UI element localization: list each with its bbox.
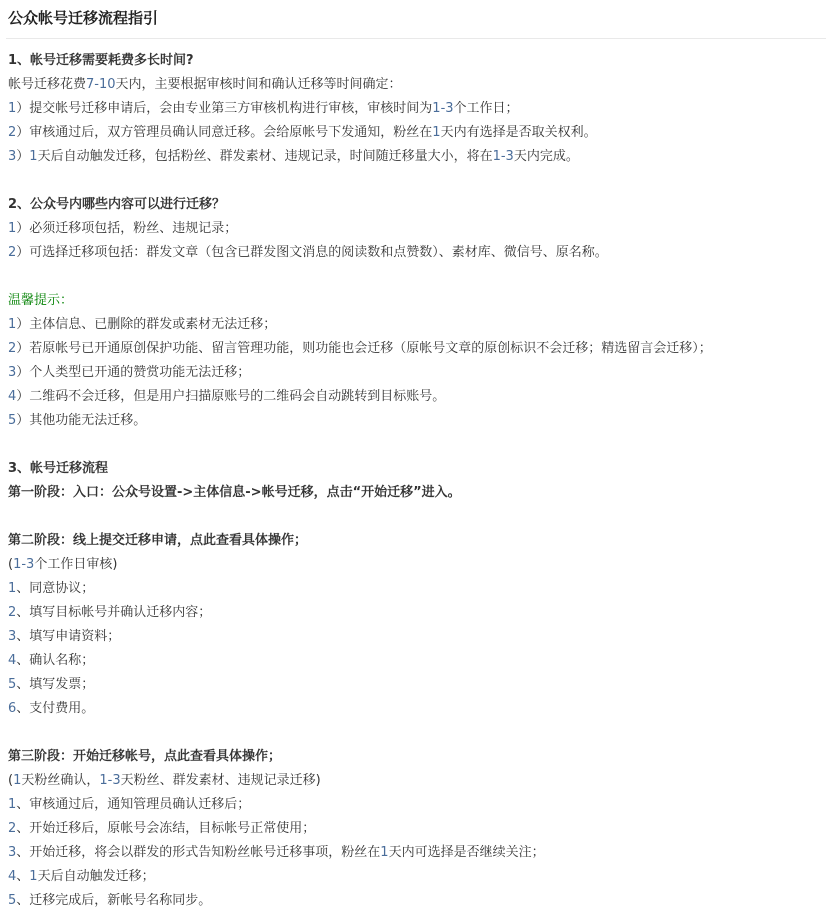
spacer [8, 265, 826, 289]
stage-3-step: 1、审核通过后，通知管理员确认迁移后； [8, 793, 826, 817]
numeral: 1-3 [493, 149, 514, 164]
spacer [8, 505, 826, 529]
numeral: 1-3 [13, 557, 34, 572]
stage-3-step: 5、迁移完成后，新帐号名称同步。 [8, 889, 826, 913]
numeral: 2 [8, 341, 16, 356]
numeral: 4 [8, 389, 16, 404]
stage-3-heading-link[interactable]: 第三阶段：开始迁移帐号，点此查看具体操作； [8, 745, 826, 769]
numeral: 5 [8, 413, 16, 428]
numeral: 1 [8, 317, 16, 332]
stage-2-note: (1-3个工作日审核) [8, 553, 826, 577]
numeral: 5 [8, 677, 16, 692]
numeral: 4 [8, 869, 16, 884]
stage-2-step: 2、填写目标帐号并确认迁移内容； [8, 601, 826, 625]
numeral: 1 [8, 797, 16, 812]
numeral: 6 [8, 701, 16, 716]
stage-3-step: 3、开始迁移，将会以群发的形式告知粉丝帐号迁移事项，粉丝在1天内可选择是否继续关… [8, 841, 826, 865]
tip-line: 3）个人类型已开通的赞赏功能无法迁移； [8, 361, 826, 385]
numeral: 3 [8, 845, 16, 860]
numeral: 1 [29, 149, 37, 164]
stage-2-step: 5、填写发票； [8, 673, 826, 697]
numeral: 2 [8, 821, 16, 836]
section-heading-duration: 1、帐号迁移需要耗费多长时间? [8, 49, 826, 73]
stage-2-step: 4、确认名称； [8, 649, 826, 673]
numeral: 1 [13, 773, 21, 788]
stage-2-heading-link[interactable]: 第二阶段：线上提交迁移申请，点此查看具体操作； [8, 529, 826, 553]
numeral: 1 [8, 221, 16, 236]
paragraph-line: 2）审核通过后，双方管理员确认同意迁移。会给原帐号下发通知，粉丝在1天内有选择是… [8, 121, 826, 145]
numeral: 3 [8, 629, 16, 644]
spacer [8, 169, 826, 193]
numeral: 1 [380, 845, 388, 860]
numeral: 1 [29, 869, 37, 884]
numeral: 2 [8, 605, 16, 620]
page-title: 公众帐号迁移流程指引 [8, 0, 826, 38]
tip-label: 温馨提示： [8, 289, 826, 313]
stage-3-note: (1天粉丝确认，1-3天粉丝、群发素材、违规记录迁移) [8, 769, 826, 793]
section-heading-content: 2、公众号内哪些内容可以进行迁移？ [8, 193, 826, 217]
paragraph-line: 3）1天后自动触发迁移，包括粉丝、群发素材、违规记录，时间随迁移量大小，将在1-… [8, 145, 826, 169]
paragraph-line: 帐号迁移花费7-10天内，主要根据审核时间和确认迁移等时间确定： [8, 73, 826, 97]
paragraph-line: 1）必须迁移项包括，粉丝、违规记录； [8, 217, 826, 241]
section-heading-process: 3、帐号迁移流程 [8, 457, 826, 481]
numeral: 1-3 [432, 101, 453, 116]
numeral: 5 [8, 893, 16, 908]
paragraph-line: 2）可选择迁移项包括：群发文章（包含已群发图文消息的阅读数和点赞数）、素材库、微… [8, 241, 826, 265]
tip-line: 1）主体信息、已删除的群发或素材无法迁移； [8, 313, 826, 337]
stage-2-step: 6、支付费用。 [8, 697, 826, 721]
numeral: 4 [8, 653, 16, 668]
numeral: 1 [8, 101, 16, 116]
numeral: 7-10 [86, 77, 116, 92]
article: 公众帐号迁移流程指引 1、帐号迁移需要耗费多长时间? 帐号迁移花费7-10天内，… [0, 0, 826, 913]
spacer [8, 721, 826, 745]
numeral: 2 [8, 245, 16, 260]
stage-1-text: 第一阶段：入口：公众号设置->主体信息->帐号迁移，点击“开始迁移”进入。 [8, 481, 826, 505]
numeral: 1 [8, 581, 16, 596]
tip-line: 4）二维码不会迁移，但是用户扫描原账号的二维码会自动跳转到目标账号。 [8, 385, 826, 409]
stage-3-step: 2、开始迁移后，原帐号会冻结，目标帐号正常使用； [8, 817, 826, 841]
tip-line: 5）其他功能无法迁移。 [8, 409, 826, 433]
paragraph-line: 1）提交帐号迁移申请后，会由专业第三方审核机构进行审核，审核时间为1-3个工作日… [8, 97, 826, 121]
stage-2-step: 1、同意协议； [8, 577, 826, 601]
numeral: 1-3 [99, 773, 120, 788]
numeral: 1 [432, 125, 440, 140]
tip-line: 2）若原帐号已开通原创保护功能、留言管理功能，则功能也会迁移（原帐号文章的原创标… [8, 337, 826, 361]
stage-2-step: 3、填写申请资料； [8, 625, 826, 649]
stage-3-step: 4、1天后自动触发迁移； [8, 865, 826, 889]
spacer [8, 433, 826, 457]
numeral: 3 [8, 149, 16, 164]
numeral: 2 [8, 125, 16, 140]
article-body: 1、帐号迁移需要耗费多长时间? 帐号迁移花费7-10天内，主要根据审核时间和确认… [8, 39, 826, 913]
numeral: 3 [8, 365, 16, 380]
